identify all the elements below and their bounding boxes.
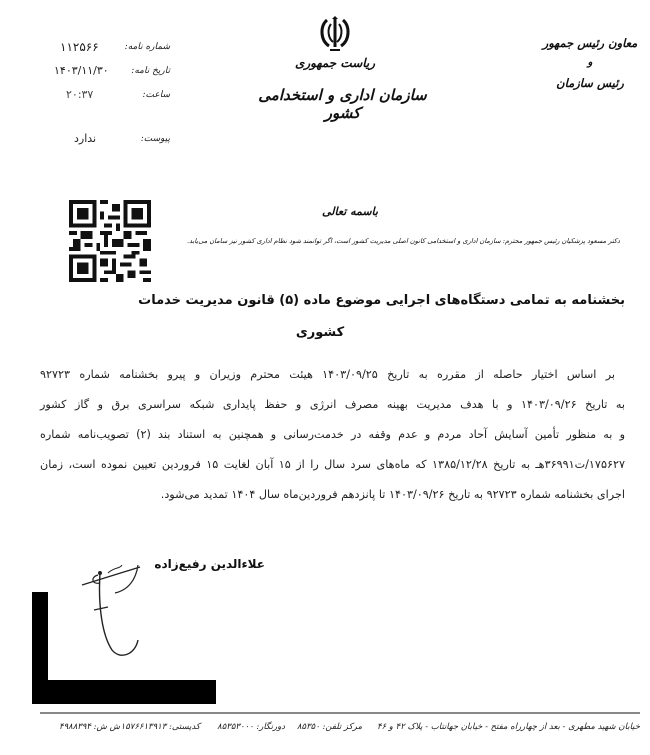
qr-code [68,200,152,282]
footer-fax: دورنگار: ۸۵۳۵۳۰۰۰ [217,722,285,732]
meta-row-number: شماره نامه: ۱۱۲۵۶۶ [40,38,170,62]
redaction-bar-horizontal [32,680,216,704]
footer-rule [40,712,640,714]
letter-date: ۱۴۰۳/۱۱/۳۰ [54,64,109,77]
attachment-value: ندارد [74,132,96,145]
body-line: اجرای بخشنامه شماره ۹۲۷۲۳ به تاریخ ۱۴۰۳/… [40,480,625,510]
sender-title: معاون رئیس جمهور و رئیس سازمان [540,30,640,96]
sender-title-line2: و [540,56,640,70]
meta-label: شماره نامه: [125,42,170,52]
letter-meta: شماره نامه: ۱۱۲۵۶۶ تاریخ نامه: ۱۴۰۳/۱۱/۳… [40,38,170,154]
invocation: باسمه تعالی [300,205,400,218]
meta-row-attachment: پیوست: ندارد [40,130,170,154]
body-line: بر اساس اختیار حاصله از مقرره به تاریخ ۱… [40,360,625,390]
meta-row-date: تاریخ نامه: ۱۴۰۳/۱۱/۳۰ [40,62,170,86]
letter-body: بر اساس اختیار حاصله از مقرره به تاریخ ۱… [40,360,625,510]
sender-title-line1: معاون رئیس جمهور [540,30,640,56]
footer-postal-code: کدپستی: ۱۵۷۶۶۱۳۹۱۳ [121,722,200,732]
body-line: و به منظور تأمین آسایش آحاد مردم و عدم و… [40,420,625,450]
preamble-quote: دکتر مسعود پزشکیان رئیس جمهور محترم: ساز… [172,237,620,245]
emblem-icon [318,16,352,52]
body-line: ۱۷۵۶۲۷/ت۳۶۹۹۱هـ به تاریخ ۱۳۸۵/۱۲/۲۸ که م… [40,450,625,480]
sender-title-line3: رئیس سازمان [540,70,640,96]
signature-mark [80,555,170,665]
footer: خیابان شهید مطهری - بعد از چهارراه مفتح … [40,722,640,742]
meta-label: ساعت: [142,90,170,100]
subject-line2: کشوری [280,325,360,340]
body-line: به تاریخ ۱۴۰۳/۰۹/۲۶ و با هدف مدیریت بهین… [40,390,625,420]
letter-time: ۲۰:۳۷ [66,88,93,101]
subject-line1: بخشنامه به تمامی دستگاه‌های اجرایی موضوع… [180,293,625,308]
meta-row-time: ساعت: ۲۰:۳۷ [40,86,170,130]
presidency-label: ریاست جمهوری [280,56,390,70]
organization-name: سازمان اداری و استخدامی کشور [255,86,430,122]
footer-phone: مرکز تلفن: ۸۵۳۵۰ [297,722,362,732]
footer-national-id: ش ش: ۴۹۸۸۳۹۴ [59,722,120,732]
meta-label: پیوست: [141,134,170,144]
letter-number: ۱۱۲۵۶۶ [60,40,99,54]
footer-address: خیابان شهید مطهری - بعد از چهارراه مفتح … [377,722,640,732]
meta-label: تاریخ نامه: [131,66,170,76]
